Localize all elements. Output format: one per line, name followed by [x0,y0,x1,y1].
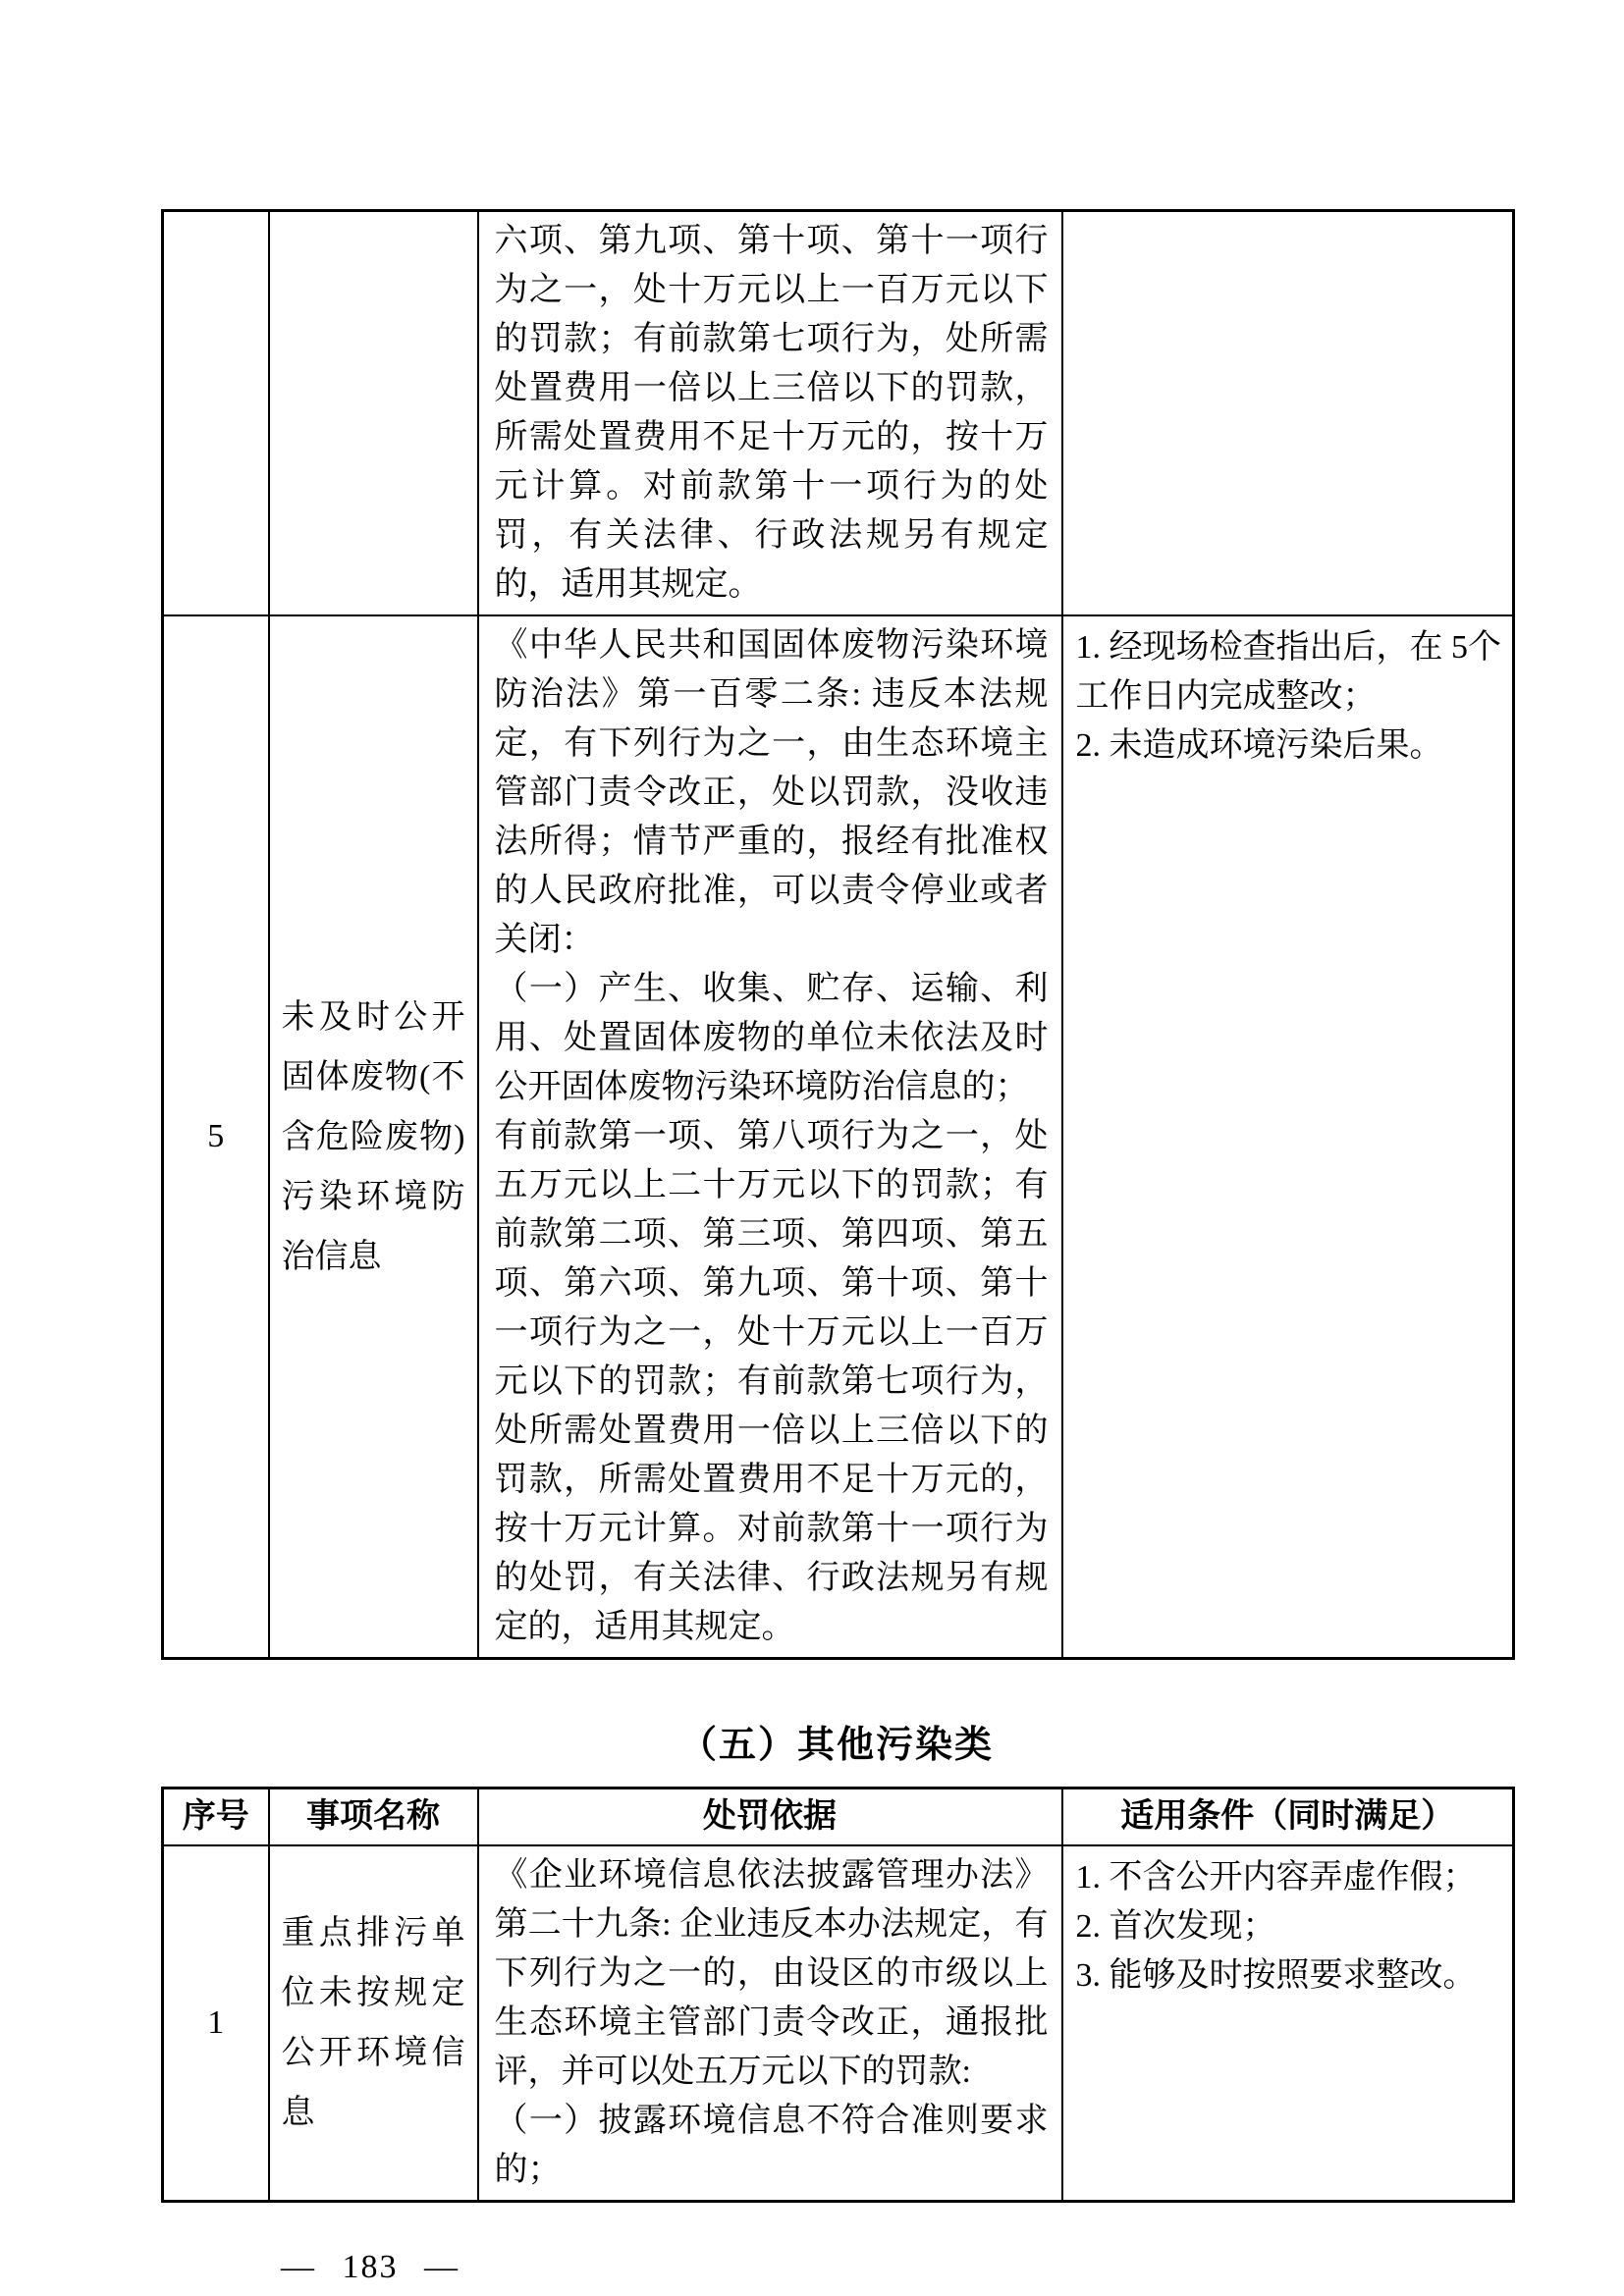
text-paragraph: 《中华人民共和国固体废物污染环境防治法》第一百零二条: 违反本法规定，有下列行为… [495,621,1049,965]
page-number: — 183 — [281,2249,1512,2286]
seq-cell: 5 [163,615,269,1659]
text-paragraph: 1. 经现场检查指出后，在 5个工作日内完成整改； [1076,623,1503,721]
table-row-5: 5 未及时公开固体废物(不含危险废物)污染环境防治信息 《中华人民共和国固体废物… [163,615,1514,1659]
item-name-cell [269,211,478,616]
text-paragraph: 六项、第九项、第十项、第十一项行为之一，处十万元以上一百万元以下的罚款；有前款第… [495,217,1049,610]
text-paragraph: 有前款第一项、第八项行为之一，处五万元以上二十万元以下的罚款；有前款第二项、第三… [495,1112,1049,1652]
page-content: 六项、第九项、第十项、第十一项行为之一，处十万元以上一百万元以下的罚款；有前款第… [161,209,1512,2286]
text-paragraph: 1. 不含公开内容弄虚作假； [1076,1853,1503,1902]
table-row-continuation: 六项、第九项、第十项、第十一项行为之一，处十万元以上一百万元以下的罚款；有前款第… [163,211,1514,616]
text-paragraph: （一）产生、收集、贮存、运输、利用、处置固体废物的单位未依法及时公开固体废物污染… [495,965,1049,1112]
penalty-basis-cell: 六项、第九项、第十项、第十一项行为之一，处十万元以上一百万元以下的罚款；有前款第… [478,211,1062,616]
penalty-basis-cell: 《中华人民共和国固体废物污染环境防治法》第一百零二条: 违反本法规定，有下列行为… [478,615,1062,1659]
text-paragraph: 2. 未造成环境污染后果。 [1076,721,1503,771]
text-paragraph: （一）披露环境信息不符合准则要求的； [495,2097,1049,2195]
item-name-cell: 重点排污单位未按规定公开环境信息 [269,1845,478,2202]
text-paragraph: 《企业环境信息依法披露管理办法》第二十九条: 企业违反本办法规定，有下列行为之一… [495,1851,1049,2097]
section-heading: （五）其他污染类 [161,1714,1512,1768]
header-penalty-basis: 处罚依据 [478,1789,1062,1846]
document-page: 六项、第九项、第十项、第十一项行为之一，处十万元以上一百万元以下的罚款；有前款第… [0,0,1624,2296]
text-paragraph: 3. 能够及时按照要求整改。 [1076,1951,1503,2001]
table-row-1: 1 重点排污单位未按规定公开环境信息 《企业环境信息依法披露管理办法》第二十九条… [163,1845,1514,2202]
header-seq: 序号 [163,1789,269,1846]
other-pollution-table: 序号 事项名称 处罚依据 适用条件（同时满足） 1 重点排污单位未按规定公开环境… [161,1787,1515,2203]
penalty-table-continued: 六项、第九项、第十项、第十一项行为之一，处十万元以上一百万元以下的罚款；有前款第… [161,209,1515,1660]
conditions-cell: 1. 经现场检查指出后，在 5个工作日内完成整改；2. 未造成环境污染后果。 [1062,615,1514,1659]
table-header-row: 序号 事项名称 处罚依据 适用条件（同时满足） [163,1789,1514,1846]
penalty-basis-cell: 《企业环境信息依法披露管理办法》第二十九条: 企业违反本办法规定，有下列行为之一… [478,1845,1062,2202]
conditions-cell [1062,211,1514,616]
text-paragraph: 2. 首次发现； [1076,1902,1503,1951]
item-name-cell: 未及时公开固体废物(不含危险废物)污染环境防治信息 [269,615,478,1659]
conditions-cell: 1. 不含公开内容弄虚作假；2. 首次发现；3. 能够及时按照要求整改。 [1062,1845,1514,2202]
seq-cell [163,211,269,616]
header-conditions: 适用条件（同时满足） [1062,1789,1514,1846]
seq-cell: 1 [163,1845,269,2202]
header-item-name: 事项名称 [269,1789,478,1846]
